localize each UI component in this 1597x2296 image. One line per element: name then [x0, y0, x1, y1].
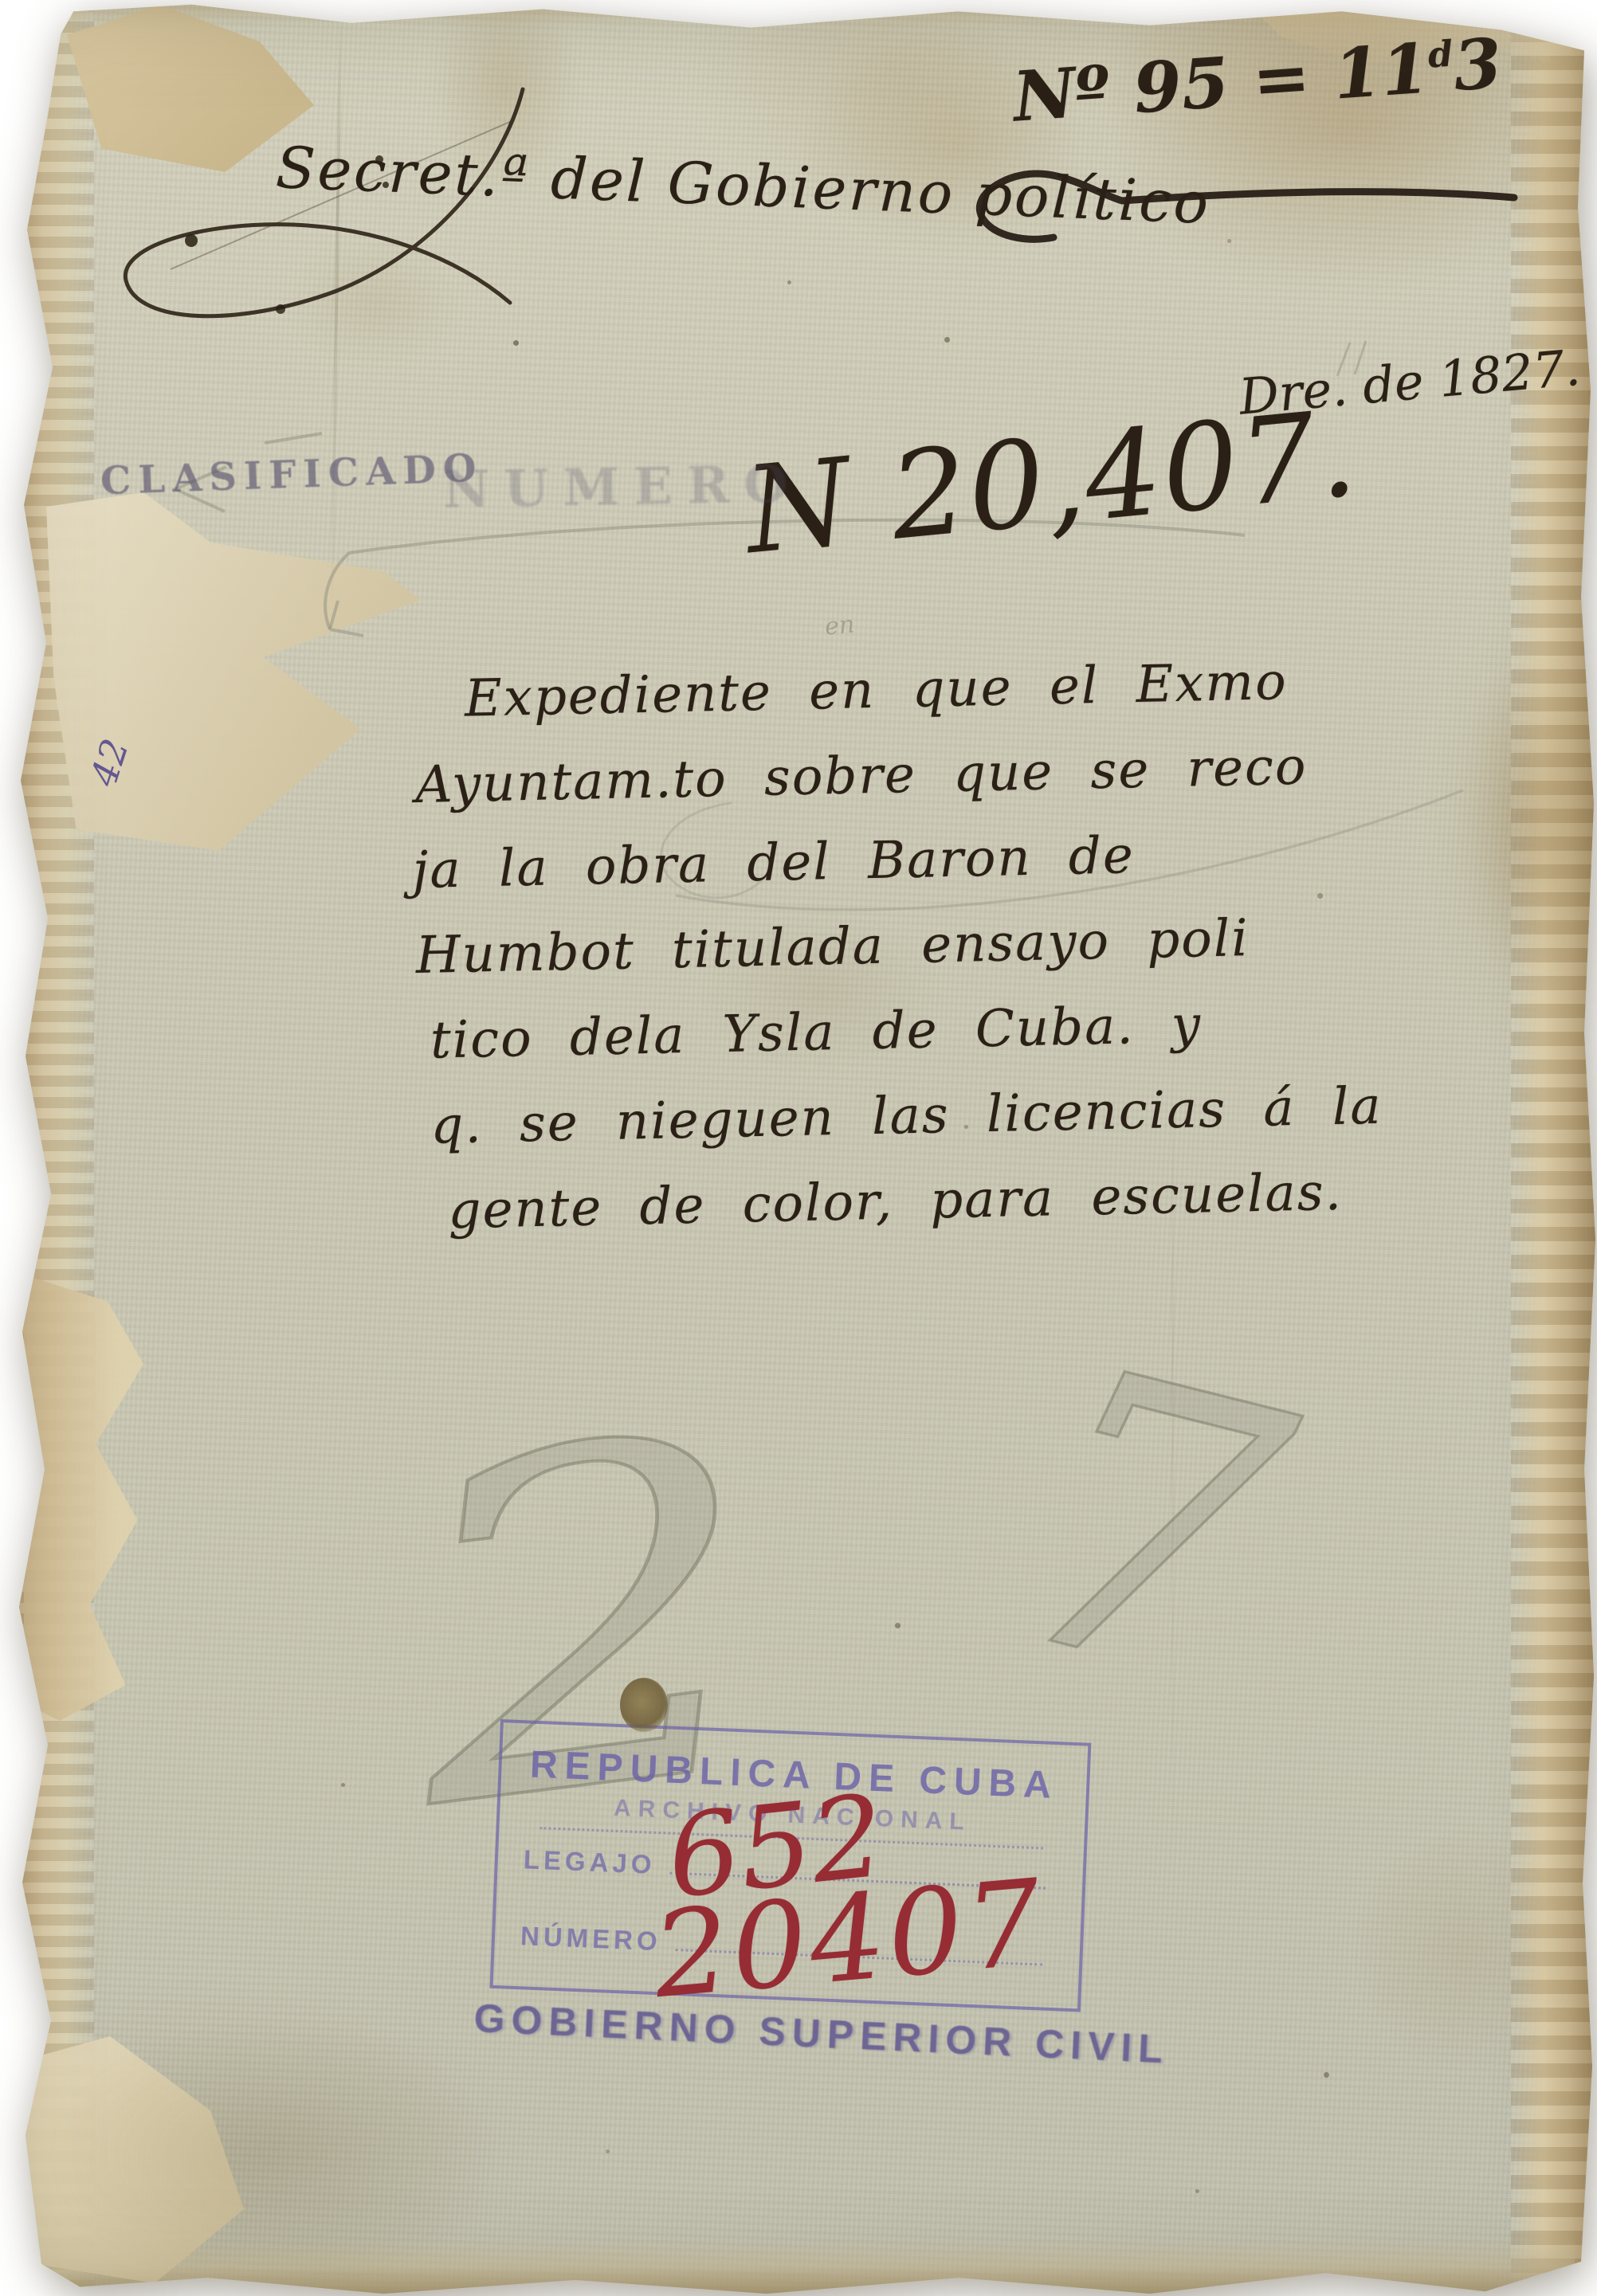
clasificado-stamp: CLASIFICADO: [100, 446, 484, 504]
reference-number-superscript: d: [1426, 33, 1454, 76]
ink-blot: [620, 1678, 668, 1732]
stain: [48, 2024, 494, 2286]
legajo-label: LEGAJO: [523, 1844, 656, 1880]
stain: [287, 239, 462, 366]
scanned-document-scene: Secret.ª del Gobierno político Nº 95 = 1…: [0, 0, 1597, 2296]
title-paragraph: Expediente en que el Exmo Ayuntam.to sob…: [413, 637, 1429, 1255]
case-number: N 20,407.: [740, 384, 1364, 581]
stain: [1463, 653, 1597, 988]
pencil-dash: [265, 433, 322, 443]
numero-label: NÚMERO: [520, 1921, 661, 1957]
numero-faint-stamp: NUMERO: [442, 454, 802, 520]
pencil-large-number-right: 7: [978, 1283, 1322, 1774]
paper-specks: [0, 0, 4, 4]
ink-dot: [185, 234, 198, 247]
expediente-cover-page: Secret.ª del Gobierno político Nº 95 = 1…: [0, 0, 1597, 2296]
torn-flap-lower-left: [24, 1275, 143, 1721]
reference-number-tail: 3: [1451, 23, 1505, 107]
pencil-interlinear-note: en: [824, 610, 856, 641]
left-binding-torn-edge: [0, 0, 94, 2296]
stain: [1355, 1832, 1578, 2071]
ink-dot: [276, 304, 285, 314]
document-scan: Secret.ª del Gobierno político Nº 95 = 1…: [0, 0, 1597, 2296]
torn-flap-middle-left: [46, 492, 421, 851]
